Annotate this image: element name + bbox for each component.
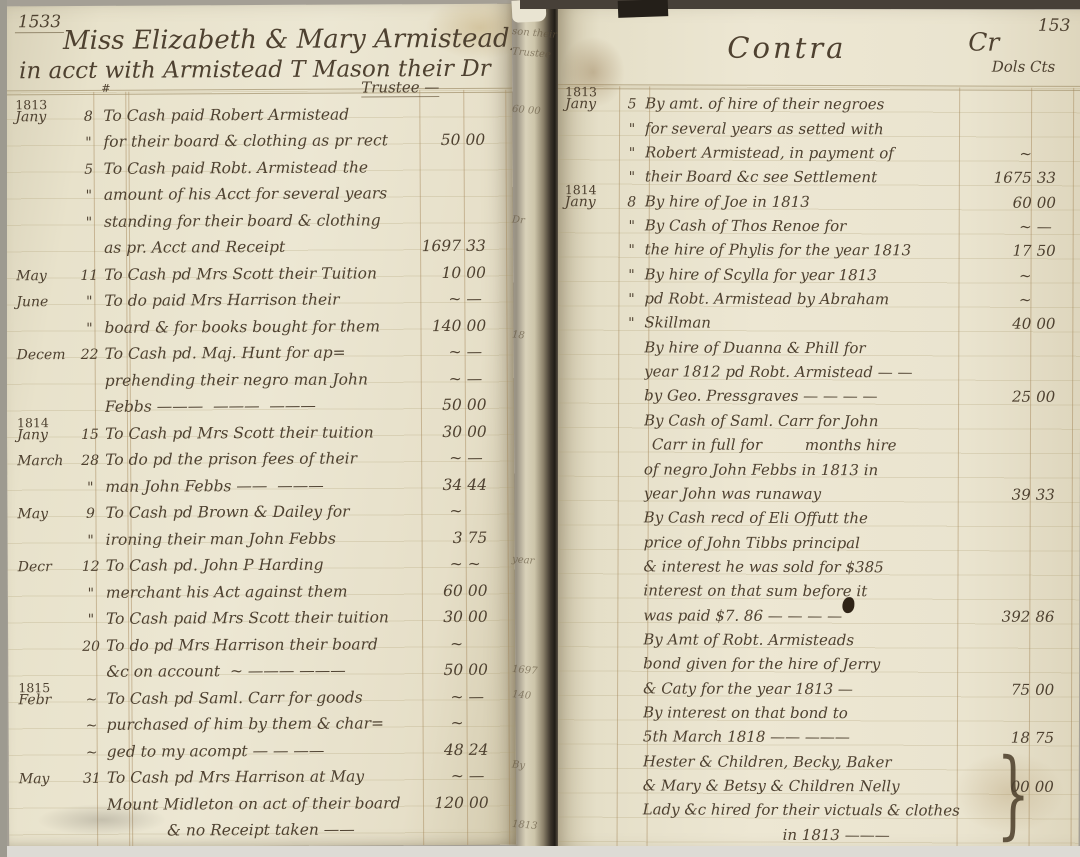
entry-text: To Cash pd. John P Harding [106, 555, 422, 575]
day-cell: 8 [73, 108, 103, 124]
day-cell: " [76, 532, 106, 548]
amount-dollars: ~ [422, 555, 468, 573]
entry-text: price of John Tibbs principal [644, 533, 964, 552]
day-cell: 12 [76, 559, 106, 575]
ledger-page-left: 1533 Miss Elizabeth & Mary Armistead, in… [5, 4, 516, 848]
ledger-row: Hester & Children, Becky, Baker [563, 745, 1075, 771]
date-cell: 1813Jany [15, 108, 73, 124]
amount-dollars: ~ [423, 767, 469, 785]
amount-cents: — [1037, 218, 1077, 236]
day-cell: 11 [74, 267, 104, 283]
entry-text: Mount Midleton on act of their board [107, 794, 423, 814]
amount-cell: ~— [421, 449, 509, 467]
amount-dollars: 75 [963, 680, 1035, 698]
entry-text: By hire of Joe in 1813 [645, 192, 965, 211]
ledger-row: price of John Tibbs principal [564, 526, 1076, 552]
amount-cents: 75 [1035, 729, 1075, 747]
amount-cell: ~~ [422, 555, 510, 573]
entry-text: By Amt of Robt. Armisteads [643, 630, 963, 649]
entry-text: ironing their man John Febbs [106, 529, 422, 549]
amount-dollars: 00 [963, 777, 1035, 795]
ledger-row: "board & for books bought for them14000 [16, 308, 508, 337]
amount-cents: — [466, 290, 508, 308]
amount-cell: 0000 [963, 777, 1075, 795]
amount-cents: 33 [466, 237, 508, 255]
ledger-row: 1813Jany5By amt. of hire of their negroe… [565, 88, 1077, 114]
amount-dollars: 1697 [420, 237, 466, 255]
bleed-through-fragment: Trustee [512, 46, 552, 60]
ledger-row: Lady &c hired for their victuals & cloth… [563, 794, 1075, 820]
entry-text: Robert Armistead, in payment of [645, 143, 965, 162]
day-cell: " [619, 267, 645, 283]
entry-text: pd Robt. Armistead by Abraham [644, 289, 964, 308]
ledger-row: was paid $7. 86 — — — —39286 [563, 599, 1075, 625]
entry-text: To Cash pd. Maj. Hunt for ap= [105, 343, 421, 363]
date-cell: Decem [17, 347, 75, 363]
amount-cell: 14000 [420, 316, 508, 334]
amount-dollars: ~ [965, 266, 1037, 284]
ledger-row: bond given for the hire of Jerry [563, 648, 1075, 674]
entry-text: By Cash of Saml. Carr for John [644, 411, 964, 430]
amount-cell: 6000 [422, 581, 510, 599]
amount-cents [467, 502, 509, 520]
ledger-row: year 1812 pd Robt. Armistead — — [564, 356, 1076, 382]
ledger-row: "By Cash of Thos Renoe for~— [565, 210, 1077, 236]
amount-cents: 00 [1035, 778, 1075, 796]
bleed-through-fragment: year [512, 554, 535, 567]
amount-cell: 5000 [419, 131, 507, 149]
ledger-row: "for several years as setted with [565, 112, 1077, 138]
ledger-photo: 1533 Miss Elizabeth & Mary Armistead, in… [0, 0, 1080, 857]
entry-text: To Cash pd Brown & Dailey for [105, 502, 421, 522]
currency-heading: Dols Cts [992, 58, 1056, 76]
ledger-row: "the hire of Phylis for the year 1813175… [565, 234, 1077, 260]
amount-cents: — [468, 687, 510, 705]
day-cell: " [619, 218, 645, 234]
ledger-row: 1814Jany15To Cash pd Mrs Scott their tui… [17, 414, 509, 443]
bleed-through-fragment: By [512, 759, 526, 771]
binding-clasp [618, 0, 669, 18]
amount-cell: 375 [422, 528, 510, 546]
contra-title: Contra [727, 31, 846, 65]
entry-text: &c on account ~ ——— ——— [106, 661, 422, 681]
entry-text: ged to my acompt — — —— [107, 741, 423, 761]
day-cell: 5 [74, 161, 104, 177]
amount-dollars: 48 [423, 740, 469, 758]
amount-cell: 1750 [965, 242, 1077, 260]
entry-text: in 1813 ——— [643, 825, 963, 844]
amount-cents [1036, 291, 1076, 309]
amount-cell: ~— [422, 687, 510, 705]
bleed-through-fragment: 60 00 [512, 104, 541, 117]
bleed-through-fragment: Dr [512, 214, 526, 226]
account-title-trustee: Trustee — [361, 78, 439, 97]
amount-dollars: 50 [419, 131, 465, 149]
amount-cell: 1000 [420, 263, 508, 281]
entry-text: & Caty for the year 1813 — [643, 679, 963, 698]
ledger-row: "Robert Armistead, in payment of~ [565, 137, 1077, 163]
date-cell: March [17, 453, 75, 469]
amount-cents: 00 [466, 263, 508, 281]
bleed-through-fragment: 140 [512, 689, 532, 702]
amount-cell: 1875 [963, 729, 1075, 747]
day-cell: " [74, 294, 104, 310]
ledger-row: Decem22To Cash pd. Maj. Hunt for ap=~— [17, 334, 509, 363]
ledger-row: as pr. Acct and Receipt169733 [16, 228, 508, 257]
amount-dollars: ~ [965, 145, 1037, 163]
day-cell: " [619, 145, 645, 161]
entry-text: To Cash pd Saml. Carr for goods [106, 688, 422, 708]
amount-dollars: 392 [963, 607, 1035, 625]
amount-dollars: ~ [422, 634, 468, 652]
ledger-row: "To Cash paid Mrs Scott their tuition300… [18, 599, 510, 628]
entry-text: man John Febbs —— ——— [105, 476, 421, 496]
amount-dollars: 120 [423, 793, 469, 811]
binding-shadow [520, 0, 1080, 9]
date-cell: 1814Jany [565, 194, 619, 210]
amount-cell: 12000 [423, 793, 511, 811]
amount-cell: ~— [421, 369, 509, 387]
amount-dollars: 60 [422, 581, 468, 599]
ledger-row: 1815Febr~To Cash pd Saml. Carr for goods… [18, 679, 510, 708]
entry-text: Febbs ——— ——— ——— [105, 396, 421, 416]
ledger-row: "for their board & clothing as pr rect50… [15, 122, 507, 151]
ledger-row: & Caty for the year 1813 —7500 [563, 672, 1075, 698]
day-cell: " [619, 170, 645, 186]
entry-text: To do paid Mrs Harrison their [104, 290, 420, 310]
amount-cents: 00 [467, 422, 509, 440]
day-cell: 28 [75, 453, 105, 469]
entry-text: the hire of Phylis for the year 1813 [645, 241, 965, 260]
amount-cents [1037, 145, 1077, 163]
ledger-row: 20To do pd Mrs Harrison their board~ [18, 626, 510, 655]
ledger-row: March28To do pd the prison fees of their… [17, 440, 509, 469]
day-cell: " [618, 316, 644, 332]
year-label: 1813 [565, 84, 597, 99]
day-cell: " [74, 188, 104, 204]
day-cell: " [619, 121, 645, 137]
entry-text: Lady &c hired for their victuals & cloth… [643, 801, 963, 820]
entry-text: by Geo. Pressgraves — — — — [644, 387, 964, 406]
entry-text: To Cash pd Mrs Harrison at May [107, 767, 423, 787]
amount-cell: ~— [421, 343, 509, 361]
amount-dollars: ~ [421, 449, 467, 467]
entry-text: Carr in full for months hire [644, 436, 964, 455]
amount-cell: ~ [422, 634, 510, 652]
amount-cents: ~ [468, 555, 510, 573]
day-cell: 9 [75, 506, 105, 522]
ledger-row: By Cash of Saml. Carr for John [564, 405, 1076, 431]
ledger-row: &c on account ~ ——— ———5000 [18, 652, 510, 681]
day-cell: ~ [76, 691, 106, 707]
amount-cell: ~ [423, 714, 511, 732]
day-cell: " [76, 612, 106, 628]
ledger-row: May9To Cash pd Brown & Dailey for~ [17, 493, 509, 522]
amount-dollars: ~ [423, 714, 469, 732]
entry-text: was paid $7. 86 — — — — [643, 606, 963, 625]
ledger-row: May31To Cash pd Mrs Harrison at May~— [19, 758, 511, 787]
ledger-row: "pd Robt. Armistead by Abraham~ [564, 283, 1076, 309]
ledger-row: 1813Jany8To Cash paid Robert Armistead [15, 96, 507, 125]
amount-cents [1037, 267, 1077, 285]
amount-cell: ~ [965, 145, 1077, 163]
amount-dollars: ~ [421, 502, 467, 520]
entry-text: of negro John Febbs in 1813 in [644, 460, 964, 479]
amount-cell: 169733 [420, 237, 508, 255]
day-cell: 15 [75, 426, 105, 442]
entry-text: Skillman [644, 314, 964, 333]
day-cell: " [75, 479, 105, 495]
amount-cell: 5000 [422, 661, 510, 679]
date-cell: 1815Febr [18, 691, 76, 707]
column-mark: # [101, 82, 110, 95]
ledger-row: By Amt of Robt. Armisteads [563, 624, 1075, 650]
amount-cents: 75 [468, 528, 510, 546]
ledger-row: Febbs ——— ——— ———5000 [17, 387, 509, 416]
amount-cell: 3933 [964, 485, 1076, 503]
entry-text: purchased of him by them & char= [107, 714, 423, 734]
amount-cell: ~ [421, 502, 509, 520]
ledger-row: By Cash recd of Eli Offutt the [564, 502, 1076, 528]
amount-dollars: 50 [422, 661, 468, 679]
amount-cell: 3000 [421, 422, 509, 440]
entry-text: board & for books bought for them [104, 317, 420, 337]
amount-dollars: 40 [964, 315, 1036, 333]
amount-dollars: 39 [964, 485, 1036, 503]
ledger-row: ~purchased of him by them & char=~ [18, 705, 510, 734]
amount-cents: — [467, 449, 509, 467]
amount-cell: 5000 [421, 396, 509, 414]
day-cell: 5 [619, 97, 645, 113]
entry-text: By interest on that bond to [643, 703, 963, 722]
ledger-row: "amount of his Acct for several years [16, 175, 508, 204]
ledger-row: "Skillman4000 [564, 307, 1076, 333]
amount-cents: 44 [467, 475, 509, 493]
entry-text: amount of his Acct for several years [104, 184, 420, 204]
page-number-right: 153 [1035, 16, 1074, 36]
ledger-row: & no Receipt taken —— [19, 811, 511, 840]
amount-cell: 167533 [965, 169, 1077, 187]
amount-dollars: 17 [965, 242, 1037, 260]
amount-cell: ~— [420, 290, 508, 308]
amount-cents: 24 [469, 740, 511, 758]
ledger-row: "ironing their man John Febbs375 [18, 520, 510, 549]
bleed-through-fragment: son their [512, 26, 558, 41]
day-cell: ~ [77, 718, 107, 734]
amount-cents: 00 [467, 396, 509, 414]
day-cell: " [74, 320, 104, 336]
entry-text: their Board &c see Settlement [645, 168, 965, 187]
amount-dollars: 140 [420, 316, 466, 334]
entry-text: To Cash paid Robt. Armistead the [104, 158, 420, 178]
day-cell: " [74, 214, 104, 230]
entry-text: To Cash pd Mrs Scott their Tuition [104, 264, 420, 284]
amount-dollars: 30 [422, 608, 468, 626]
amount-dollars: 60 [965, 193, 1037, 211]
amount-cell: 3000 [422, 608, 510, 626]
account-title-line1: Miss Elizabeth & Mary Armistead, [63, 24, 516, 56]
ledger-row: 5th March 1818 —— ———1875 [563, 721, 1075, 747]
ledger-row: "man John Febbs —— ———3444 [17, 467, 509, 496]
year-label: 1814 [17, 415, 49, 430]
amount-dollars: ~ [420, 290, 466, 308]
bleed-through-fragment: 1697 [512, 664, 538, 677]
entry-text: & Mary & Betsy & Children Nelly [643, 776, 963, 795]
entry-text: prehending their negro man John [105, 370, 421, 390]
amount-cell: 39286 [963, 607, 1075, 625]
ledger-entries-left: 1813Jany8To Cash paid Robert Armistead"f… [15, 96, 511, 841]
amount-dollars: 18 [963, 729, 1035, 747]
amount-cents: 00 [466, 316, 508, 334]
date-cell: May [19, 771, 77, 787]
entry-text: To Cash pd Mrs Scott their tuition [105, 423, 421, 443]
entry-text: By hire of Duanna & Phill for [644, 338, 964, 357]
amount-dollars: ~ [965, 218, 1037, 236]
amount-cents: 33 [1037, 169, 1077, 187]
amount-cell: 4000 [964, 315, 1076, 333]
entry-text: By Cash recd of Eli Offutt the [644, 509, 964, 528]
amount-cents: — [467, 343, 509, 361]
bleed-through-fragment: 18 [512, 329, 526, 341]
entry-text: To Cash paid Robert Armistead [103, 105, 419, 125]
entry-text: standing for their board & clothing [104, 211, 420, 231]
date-cell: Decr [18, 559, 76, 575]
ledger-row: & Mary & Betsy & Children Nelly0000 [563, 770, 1075, 796]
ledger-row: Mount Midleton on act of their board1200… [19, 785, 511, 814]
day-cell: 22 [75, 347, 105, 363]
amount-cents: — [467, 369, 509, 387]
ledger-row: year John was runaway3933 [564, 478, 1076, 504]
photo-left-edge [0, 0, 7, 857]
day-cell: 8 [619, 194, 645, 210]
date-cell: 1814Jany [17, 426, 75, 442]
amount-dollars: 30 [421, 422, 467, 440]
ledger-row: 1814Jany8By hire of Joe in 18136000 [565, 185, 1077, 211]
entry-text: bond given for the hire of Jerry [643, 655, 963, 674]
amount-dollars: 25 [964, 388, 1036, 406]
entry-text: year John was runaway [644, 484, 964, 503]
amount-dollars: 3 [422, 528, 468, 546]
amount-dollars: 34 [421, 475, 467, 493]
amount-dollars: ~ [421, 343, 467, 361]
photo-bottom-edge [0, 846, 1080, 857]
amount-cell: 2500 [964, 388, 1076, 406]
amount-dollars: 1675 [965, 169, 1037, 187]
ledger-row: By hire of Duanna & Phill for [564, 332, 1076, 358]
ledger-row: & interest he was sold for $385 [563, 551, 1075, 577]
entry-text: merchant his Act against them [106, 582, 422, 602]
date-cell: May [17, 506, 75, 522]
year-label: 1813 [15, 97, 47, 112]
entry-text: & no Receipt taken —— [107, 820, 423, 840]
date-cell: May [16, 267, 74, 283]
entry-text: To Cash paid Mrs Scott their tuition [106, 608, 422, 628]
amount-dollars: ~ [421, 369, 467, 387]
amount-dollars: ~ [964, 291, 1036, 309]
amount-dollars: ~ [422, 687, 468, 705]
day-cell: ~ [77, 744, 107, 760]
ledger-row: in 1813 ——— [563, 818, 1075, 844]
amount-cents [468, 634, 510, 652]
ledger-row: of negro John Febbs in 1813 in [564, 453, 1076, 479]
entry-text: Hester & Children, Becky, Baker [643, 752, 963, 771]
amount-cell: ~— [423, 767, 511, 785]
entry-text: By Cash of Thos Renoe for [645, 216, 965, 235]
amount-cell: ~ [964, 291, 1076, 309]
ledger-row: prehending their negro man John~— [17, 361, 509, 390]
amount-cents: 00 [468, 581, 510, 599]
amount-cents: 50 [1037, 242, 1077, 260]
bleed-through-fragment: 1813 [512, 819, 538, 832]
amount-cents: — [469, 767, 511, 785]
ledger-row: May11To Cash pd Mrs Scott their Tuition1… [16, 255, 508, 284]
date-cell: June [16, 294, 74, 310]
ledger-row: ~ged to my acompt — — ——4824 [19, 732, 511, 761]
ledger-row: "their Board &c see Settlement167533 [565, 161, 1077, 187]
day-cell: 20 [76, 638, 106, 654]
amount-cents: 00 [1036, 315, 1076, 333]
amount-cents: 00 [1037, 193, 1077, 211]
day-cell: " [619, 243, 645, 259]
amount-cents: 00 [1036, 388, 1076, 406]
ledger-row: By interest on that bond to [563, 697, 1075, 723]
amount-cell: 3444 [421, 475, 509, 493]
ledger-row: Carr in full for months hire [564, 429, 1076, 455]
day-cell: 31 [77, 771, 107, 787]
amount-cents: 86 [1035, 607, 1075, 625]
ledger-row: 5To Cash paid Robt. Armistead the [16, 149, 508, 178]
day-cell: " [76, 585, 106, 601]
entry-text: 5th March 1818 —— ——— [643, 728, 963, 747]
ledger-page-right: 153 Contra Cr Dols Cts } 1813Jany5By amt… [555, 8, 1080, 849]
ledger-row: "merchant his Act against them6000 [18, 573, 510, 602]
ledger-row: "standing for their board & clothing [16, 202, 508, 231]
amount-cell: 4824 [423, 740, 511, 758]
ledger-row: "By hire of Scylla for year 1813~ [565, 259, 1077, 285]
entry-text: for several years as setted with [645, 119, 965, 138]
amount-cents: 33 [1036, 486, 1076, 504]
amount-cents: 00 [468, 661, 510, 679]
entry-text: To do pd Mrs Harrison their board [106, 635, 422, 655]
amount-cents: 00 [465, 131, 507, 149]
ledger-entries-right: 1813Jany5By amt. of hire of their negroe… [563, 88, 1078, 844]
entry-text: To do pd the prison fees of their [105, 449, 421, 469]
year-label: 1815 [18, 680, 50, 695]
amount-cell: ~ [965, 266, 1077, 284]
entry-text: By hire of Scylla for year 1813 [645, 265, 965, 284]
amount-cents: 00 [468, 608, 510, 626]
entry-text: as pr. Acct and Receipt [104, 237, 420, 257]
entry-text: interest on that sum before it [643, 582, 963, 601]
year-label: 1814 [565, 182, 597, 197]
date-cell: 1813Jany [565, 96, 619, 112]
ledger-row: Decr12To Cash pd. John P Harding~~ [18, 546, 510, 575]
day-cell: " [618, 291, 644, 307]
ledger-row: interest on that sum before it [563, 575, 1075, 601]
amount-cell: 6000 [965, 193, 1077, 211]
amount-cell: 7500 [963, 680, 1075, 698]
page-number-left: 1533 [15, 12, 64, 33]
amount-cents: 00 [1035, 680, 1075, 698]
credit-abbreviation: Cr [968, 28, 999, 57]
entry-text: & interest he was sold for $385 [643, 557, 963, 576]
book-gutter: son theirTrustee60 00Dr18year1697140By18… [506, 0, 558, 857]
amount-dollars: 10 [420, 263, 466, 281]
entry-text: year 1812 pd Robt. Armistead — — [644, 363, 964, 382]
amount-dollars: 50 [421, 396, 467, 414]
amount-cell: ~— [965, 218, 1077, 236]
entry-text: for their board & clothing as pr rect [103, 131, 419, 151]
